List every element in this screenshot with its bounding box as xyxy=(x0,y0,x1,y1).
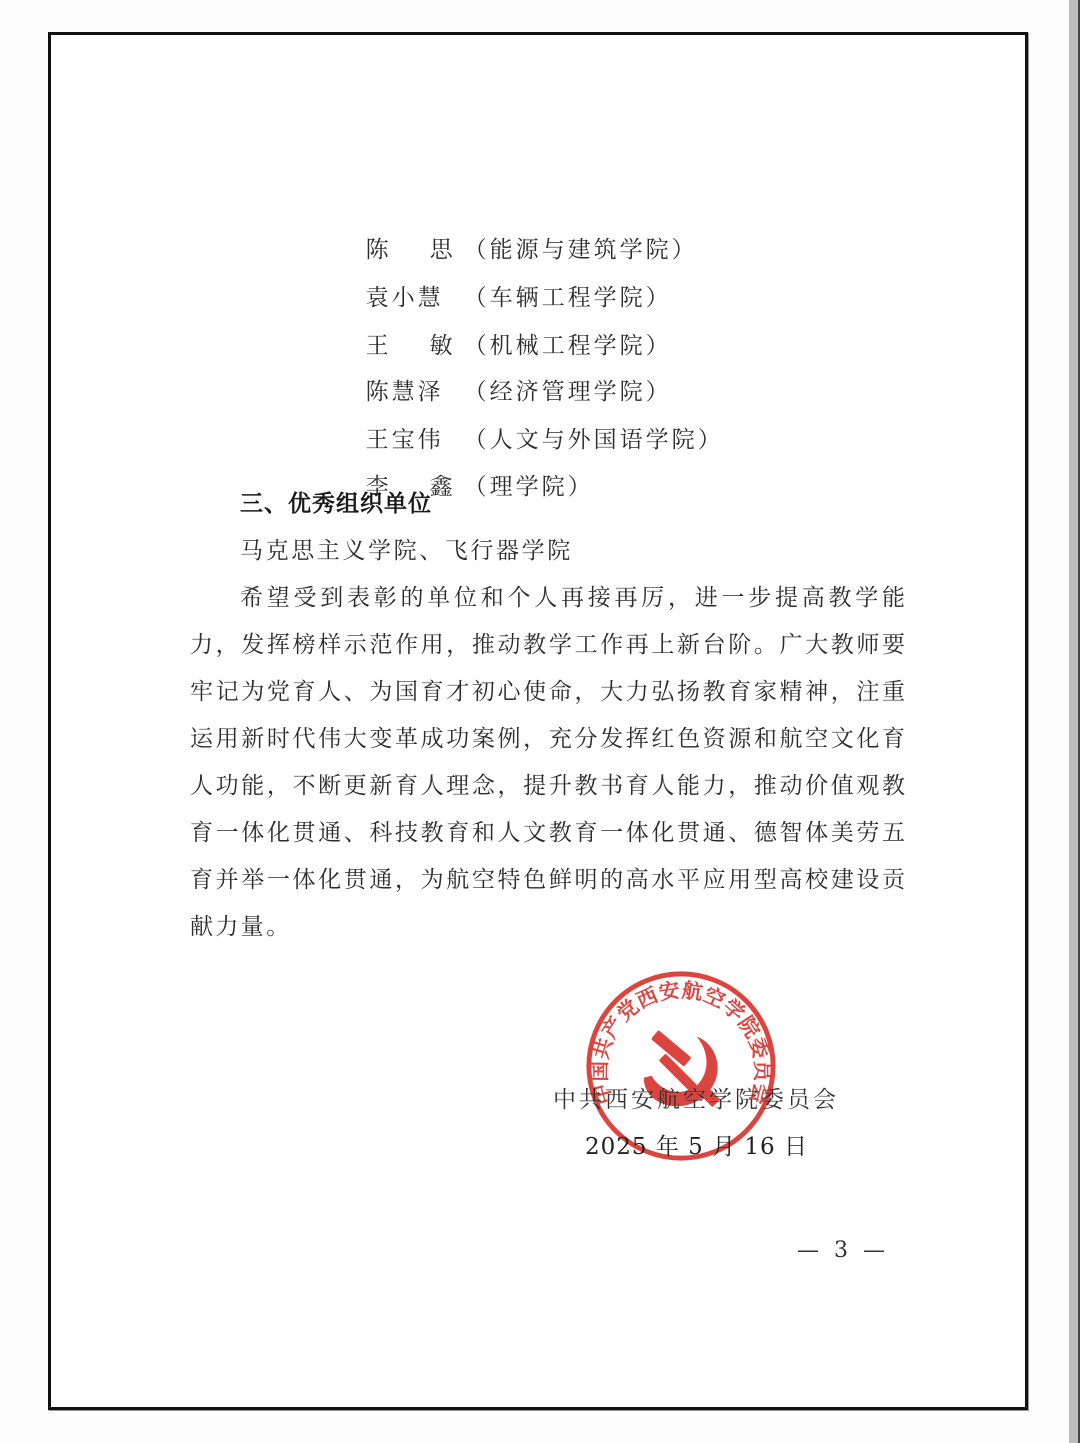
paragraph-line: 人功能，不断更新育人理念，提升教书育人能力，推动价值观教 xyxy=(190,771,905,801)
paragraph-line: 育一体化贯通、科技教育和人文教育一体化贯通、德智体美劳五 xyxy=(190,818,905,848)
signature-date: 2025 年 5 月 16 日 xyxy=(585,1132,808,1162)
section-heading: 三、优秀组织单位 xyxy=(240,489,432,519)
signature-organization: 中共西安航空学院委员会 xyxy=(553,1085,839,1115)
paragraph-line: 献力量。 xyxy=(190,912,905,942)
paragraph-line: 运用新时代伟大变革成功案例，充分发挥红色资源和航空文化育 xyxy=(190,724,905,754)
paragraph-line: 希望受到表彰的单位和个人再接再厉，进一步提高教学能 xyxy=(240,583,905,613)
scrollbar[interactable] xyxy=(1069,0,1078,1443)
paragraph-line: 牢记为党育人、为国育才初心使命，大力弘扬教育家精神，注重 xyxy=(190,677,905,707)
page-number: — 3 — xyxy=(797,1236,889,1266)
paragraph-line: 力，发挥榜样示范作用，推动教学工作再上新台阶。广大教师要 xyxy=(190,630,905,660)
organization-list: 马克思主义学院、飞行器学院 xyxy=(240,536,573,566)
paragraph-line: 育并举一体化贯通，为航空特色鲜明的高水平应用型高校建设贡 xyxy=(190,865,905,895)
recipient-unit: （理学院） xyxy=(464,474,594,500)
